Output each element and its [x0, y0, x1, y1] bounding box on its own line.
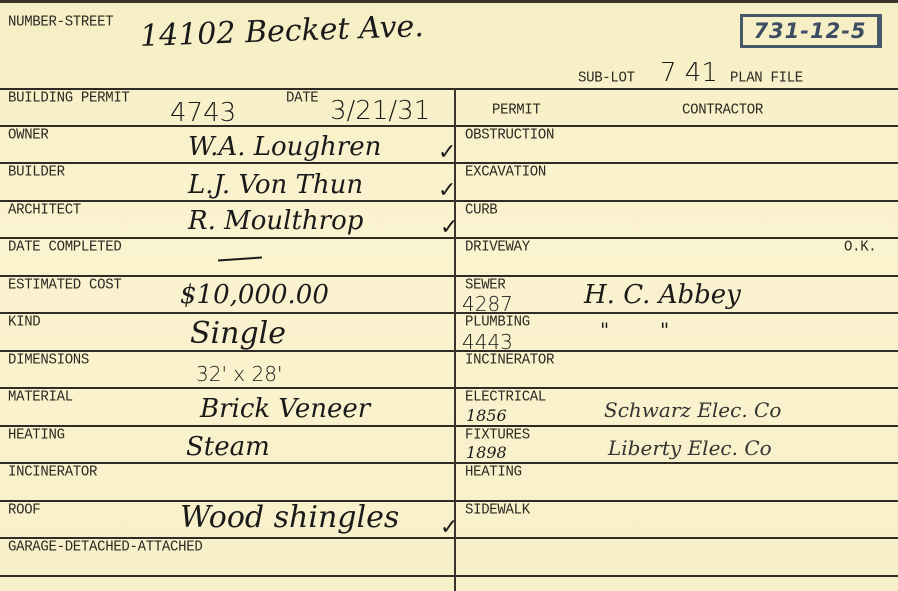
number-street-label: NUMBER-STREET [8, 14, 113, 31]
plan-file-label: PLAN FILE [730, 70, 803, 87]
permit-column-header: PERMIT [492, 102, 541, 119]
material-label: MATERIAL [8, 389, 73, 406]
driveway-label: DRIVEWAY [465, 239, 530, 256]
sub-lot-label: SUB-LOT [578, 70, 635, 87]
garage-label: GARAGE-DETACHED-ATTACHED [8, 539, 202, 556]
date-completed-label: DATE COMPLETED [8, 239, 121, 256]
sewer-contractor: H. C. Abbey [584, 280, 741, 310]
check-mark-icon: ✓ [438, 178, 456, 203]
kind-value: Single [190, 316, 286, 351]
architect-value: R. Moulthrop [188, 206, 363, 236]
builder-value: L.J. Von Thun [188, 170, 363, 200]
curb-label: CURB [465, 202, 497, 219]
contractor-column-header: CONTRACTOR [682, 102, 763, 119]
roof-label: ROOF [8, 502, 40, 519]
fixtures-contractor: Liberty Elec. Co [608, 436, 772, 460]
architect-label: ARCHITECT [8, 202, 81, 219]
fixtures-permit-number: 1898 [466, 443, 507, 462]
obstruction-label: OBSTRUCTION [465, 127, 554, 144]
heating-label: HEATING [8, 427, 65, 444]
check-mark-icon: ✓ [438, 140, 456, 165]
material-value: Brick Veneer [200, 394, 370, 424]
plumbing-label: PLUMBING [465, 314, 530, 331]
rule-line [0, 425, 898, 427]
building-permit-value: 4743 [170, 98, 236, 128]
electrical-label: ELECTRICAL [465, 389, 546, 406]
owner-label: OWNER [8, 127, 49, 144]
number-street-value: 14102 Becket Ave. [139, 9, 424, 54]
sub-lot-value: 7 41 [660, 58, 718, 88]
excavation-label: EXCAVATION [465, 164, 546, 181]
file-number-stamp: 731-12-5 [740, 14, 882, 48]
rule-line [0, 275, 898, 277]
rule-line [0, 312, 898, 314]
dimensions-value: 32' x 28' [196, 362, 282, 386]
heating-permit-label: HEATING [465, 464, 522, 481]
building-permit-label: BUILDING PERMIT [8, 90, 130, 107]
roof-value: Wood shingles [180, 500, 399, 535]
check-mark-icon: ✓ [440, 215, 458, 240]
building-permit-card: NUMBER-STREET 14102 Becket Ave. 731-12-5… [0, 0, 898, 591]
date-value: 3/21/31 [330, 96, 430, 126]
rule-line [0, 88, 898, 90]
heating-value: Steam [186, 432, 270, 462]
fixtures-label: FIXTURES [465, 427, 530, 444]
owner-value: W.A. Loughren [188, 132, 381, 162]
electrical-contractor: Schwarz Elec. Co [604, 398, 781, 422]
estimated-cost-label: ESTIMATED COST [8, 277, 121, 294]
date-label: DATE [286, 90, 318, 107]
plumbing-contractor: " " [600, 318, 669, 342]
check-mark-icon: ✓ [440, 515, 458, 540]
rule-line [0, 462, 898, 464]
rule-line [0, 387, 898, 389]
sidewalk-label: SIDEWALK [465, 502, 530, 519]
rule-line [0, 500, 898, 502]
rule-line [0, 575, 898, 577]
estimated-cost-value: $10,000.00 [180, 280, 329, 310]
date-completed-dash [218, 256, 262, 261]
incinerator-permit-label: INCINERATOR [465, 352, 554, 369]
dimensions-label: DIMENSIONS [8, 352, 89, 369]
driveway-note: O.K. [844, 239, 876, 256]
incinerator-label: INCINERATOR [8, 464, 97, 481]
sewer-permit-number: 4287 [462, 292, 513, 316]
electrical-permit-number: 1856 [466, 406, 507, 425]
rule-line [0, 350, 898, 352]
plumbing-permit-number: 4443 [462, 330, 513, 354]
builder-label: BUILDER [8, 164, 65, 181]
kind-label: KIND [8, 314, 40, 331]
rule-line [0, 125, 898, 127]
